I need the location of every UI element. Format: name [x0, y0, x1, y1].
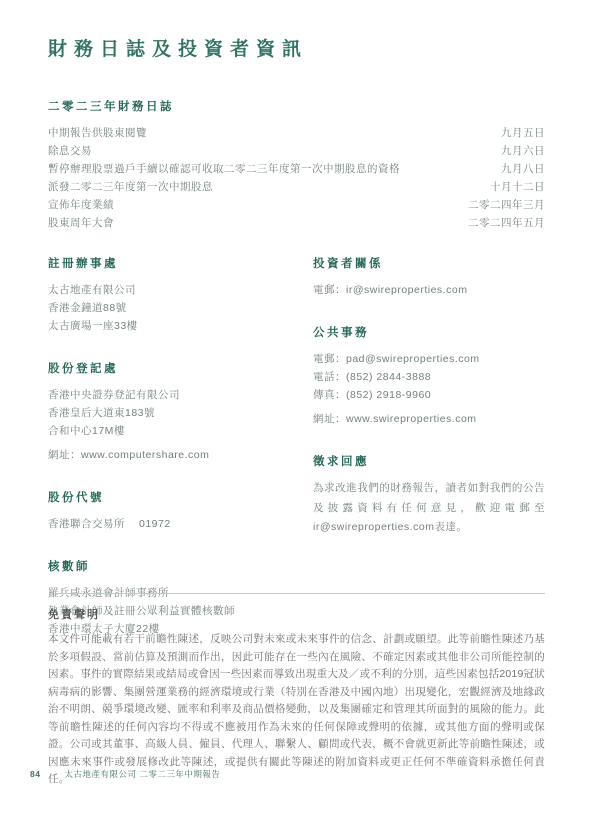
registered-office-address: 太古地產有限公司香港金鐘道88號太古廣場一座33樓: [48, 281, 313, 335]
auditors-heading: 核數師: [48, 558, 313, 574]
feedback-text-after: 表達。: [434, 521, 467, 533]
investor-relations-email-link[interactable]: ir@swireproperties.com: [346, 284, 467, 296]
feedback-paragraph: 為求改進我們的財務報告，讀者如對我們的公告及披露資料有任何意見，歡迎電郵至ir@…: [313, 479, 545, 538]
fax-label: 傳真：: [313, 389, 346, 401]
feedback-email-link[interactable]: ir@swireproperties.com: [313, 521, 434, 533]
email-label: 電郵：: [313, 353, 346, 365]
calendar-row: 宣佈年度業績二零二四年三月: [48, 196, 545, 214]
feedback-section: 徵求回應 為求改進我們的財務報告，讀者如對我們的公告及披露資料有任何意見，歡迎電…: [313, 453, 545, 538]
investor-relations-section: 投資者關係 電郵：ir@swireproperties.com: [313, 255, 545, 299]
calendar-event-label: 宣佈年度業績: [48, 196, 114, 214]
stock-exchange-name: 香港聯合交易所: [48, 518, 125, 530]
page-footer: 84 太古地產有限公司 二零二三年中期報告: [30, 768, 220, 780]
address-line: 太古廣場一座33樓: [48, 317, 313, 335]
calendar-event-date: 九月八日: [501, 160, 545, 178]
feedback-text-before: 為求改進我們的財務報告，讀者如對我們的公告及披露資料有任何意見，歡迎電郵至: [313, 482, 545, 514]
calendar-event-date: 二零二四年五月: [468, 214, 545, 232]
left-column: 註冊辦事處 太古地產有限公司香港金鐘道88號太古廣場一座33樓 股份登記處 香港…: [48, 255, 313, 663]
phone-number: (852) 2844-3888: [346, 371, 431, 383]
stock-code-value: 01972: [139, 518, 171, 530]
phone-label: 電話：: [313, 371, 346, 383]
calendar-rows: 中期報告供股東閱覽九月五日除息交易九月六日暫停辦理股票過戶手續以確認可收取二零二…: [48, 124, 545, 232]
calendar-row: 中期報告供股東閱覽九月五日: [48, 124, 545, 142]
address-line: 太古地產有限公司: [48, 281, 313, 299]
registered-office-section: 註冊辦事處 太古地產有限公司香港金鐘道88號太古廣場一座33樓: [48, 255, 313, 335]
stock-code-heading: 股份代號: [48, 489, 313, 505]
financial-calendar-heading: 二零二三年財務日誌: [48, 98, 545, 114]
website-label: 網址：: [48, 449, 81, 461]
public-affairs-section: 公共事務 電郵：pad@swireproperties.com 電話：(852)…: [313, 324, 545, 428]
share-registrars-section: 股份登記處 香港中央證券登記有限公司香港皇后大道東183號合和中心17M樓 網址…: [48, 360, 313, 464]
share-registrars-address: 香港中央證券登記有限公司香港皇后大道東183號合和中心17M樓: [48, 386, 313, 440]
public-affairs-heading: 公共事務: [313, 324, 545, 340]
registered-office-heading: 註冊辦事處: [48, 255, 313, 271]
page-title: 財務日誌及投資者資訊: [48, 38, 545, 62]
public-affairs-phone-line: 電話：(852) 2844-3888: [313, 368, 545, 386]
calendar-event-label: 派發二零二三年度第一次中期股息: [48, 178, 213, 196]
address-line: 合和中心17M樓: [48, 422, 313, 440]
calendar-row: 暫停辦理股票過戶手續以確認可收取二零二三年度第一次中期股息的資格九月八日: [48, 160, 545, 178]
calendar-event-label: 除息交易: [48, 142, 92, 160]
report-page: 財務日誌及投資者資訊 二零二三年財務日誌 中期報告供股東閱覽九月五日除息交易九月…: [0, 0, 600, 814]
email-label: 電郵：: [313, 284, 346, 296]
divider-rule: [48, 593, 545, 594]
calendar-event-date: 二零二四年三月: [468, 196, 545, 214]
page-number: 84: [30, 769, 40, 779]
public-affairs-fax-line: 傳真：(852) 2918-9960: [313, 386, 545, 404]
disclaimer-heading: 免責聲明: [48, 606, 545, 622]
investor-relations-email-line: 電郵：ir@swireproperties.com: [313, 281, 545, 299]
address-line: 香港金鐘道88號: [48, 299, 313, 317]
info-columns: 註冊辦事處 太古地產有限公司香港金鐘道88號太古廣場一座33樓 股份登記處 香港…: [48, 255, 545, 663]
calendar-event-label: 股東周年大會: [48, 214, 114, 232]
website-label: 網址：: [313, 413, 346, 425]
calendar-row: 除息交易九月六日: [48, 142, 545, 160]
share-registrars-website-line: 網址：www.computershare.com: [48, 446, 313, 464]
investor-relations-heading: 投資者關係: [313, 255, 545, 271]
calendar-row: 派發二零二三年度第一次中期股息十月十二日: [48, 178, 545, 196]
feedback-heading: 徵求回應: [313, 453, 545, 469]
share-registrars-heading: 股份登記處: [48, 360, 313, 376]
gold-divider-line: [55, 593, 545, 594]
stock-code-line: 香港聯合交易所01972: [48, 515, 313, 533]
address-line: 香港中央證券登記有限公司: [48, 386, 313, 404]
footer-report-title: 太古地產有限公司 二零二三年中期報告: [64, 768, 220, 780]
calendar-event-date: 九月六日: [501, 142, 545, 160]
right-column: 投資者關係 電郵：ir@swireproperties.com 公共事務 電郵：…: [313, 255, 545, 663]
calendar-row: 股東周年大會二零二四年五月: [48, 214, 545, 232]
financial-calendar-section: 二零二三年財務日誌 中期報告供股東閱覽九月五日除息交易九月六日暫停辦理股票過戶手…: [48, 98, 545, 232]
public-affairs-website-line: 網址：www.swireproperties.com: [313, 410, 545, 428]
disclaimer-section: 免責聲明 本文件可能載有若干前瞻性陳述，反映公司對未來或未來事件的信念、計劃或願…: [48, 606, 545, 789]
fax-number: (852) 2918-9960: [346, 389, 431, 401]
public-affairs-website-link[interactable]: www.swireproperties.com: [346, 413, 477, 425]
disclaimer-body: 本文件可能載有若干前瞻性陳述，反映公司對未來或未來事件的信念、計劃或願望。此等前…: [48, 631, 545, 789]
share-registrars-website-link[interactable]: www.computershare.com: [81, 449, 209, 461]
public-affairs-email-line: 電郵：pad@swireproperties.com: [313, 350, 545, 368]
calendar-event-label: 暫停辦理股票過戶手續以確認可收取二零二三年度第一次中期股息的資格: [48, 160, 400, 178]
calendar-event-date: 十月十二日: [490, 178, 545, 196]
stock-code-section: 股份代號 香港聯合交易所01972: [48, 489, 313, 533]
public-affairs-email-link[interactable]: pad@swireproperties.com: [346, 353, 480, 365]
calendar-event-date: 九月五日: [501, 124, 545, 142]
calendar-event-label: 中期報告供股東閱覽: [48, 124, 147, 142]
address-line: 香港皇后大道東183號: [48, 404, 313, 422]
